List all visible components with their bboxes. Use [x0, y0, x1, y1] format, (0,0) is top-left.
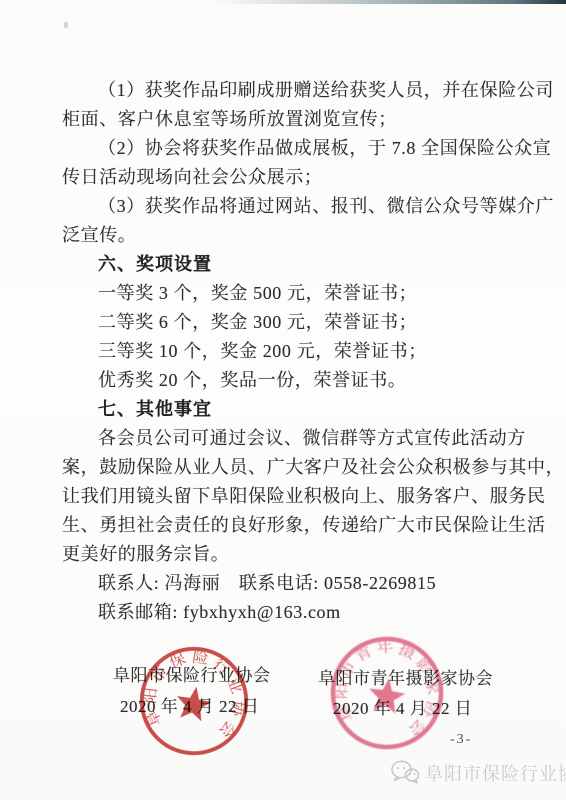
document-line: 生、勇担社会责任的良好形象，传递给广大市民保险让生活: [62, 511, 510, 540]
wechat-icon: [390, 759, 420, 786]
left-official-seal: 阜阳市保险行业协会: [127, 634, 261, 768]
scan-speck: [64, 22, 68, 28]
wechat-watermark: 阜阳市保险行业协会: [390, 759, 566, 786]
seal-star-icon: [366, 676, 407, 715]
document-line: 传日活动现场向社会公众展示；: [62, 163, 510, 192]
document-line: 让我们用镜头留下阜阳保险业积极向上、服务客户、服务民: [62, 482, 510, 511]
page-number: -3-: [450, 732, 472, 748]
document-line: 优秀奖 20 个，奖品一份，荣誉证书。: [62, 366, 510, 395]
seal-star-icon: [174, 684, 214, 723]
document-body: （1）获奖作品印刷成册赠送给获奖人员，并在保险公司柜面、客户休息室等场所放置浏览…: [62, 76, 510, 627]
document-line: 六、奖项设置: [62, 250, 510, 279]
document-line: 案，鼓励保险从业人员、广大客户及社会公众积极参与其中，: [62, 453, 510, 482]
document-line: 柜面、客户休息室等场所放置浏览宣传；: [62, 105, 510, 134]
right-official-seal: 阜阳市青年摄影家协会: [319, 625, 455, 761]
document-line: 联系邮箱: fybxhyxh@163.com: [62, 598, 510, 627]
document-line: （1）获奖作品印刷成册赠送给获奖人员，并在保险公司: [62, 76, 510, 105]
document-line: 更美好的服务宗旨。: [62, 540, 510, 569]
document-line: 联系人: 冯海丽 联系电话: 0558-2269815: [62, 569, 510, 598]
document-line: （3）获奖作品将通过网站、报刊、微信公众号等媒介广: [62, 192, 510, 221]
scanned-document-page: （1）获奖作品印刷成册赠送给获奖人员，并在保险公司柜面、客户休息室等场所放置浏览…: [0, 0, 566, 800]
document-line: 一等奖 3 个，奖金 500 元，荣誉证书；: [62, 279, 510, 308]
scanner-edge-artifact: [215, 0, 566, 4]
document-line: 二等奖 6 个，奖金 300 元，荣誉证书；: [62, 308, 510, 337]
document-line: 三等奖 10 个，奖金 200 元，荣誉证书；: [62, 337, 510, 366]
document-line: 泛宣传。: [62, 221, 510, 250]
watermark-label: 阜阳市保险行业协会: [425, 760, 566, 786]
document-line: 七、其他事宜: [62, 395, 510, 424]
document-line: （2）协会将获奖作品做成展板，于 7.8 全国保险公众宣: [62, 134, 510, 163]
document-line: 各会员公司可通过会议、微信群等方式宣传此活动方: [62, 424, 510, 453]
